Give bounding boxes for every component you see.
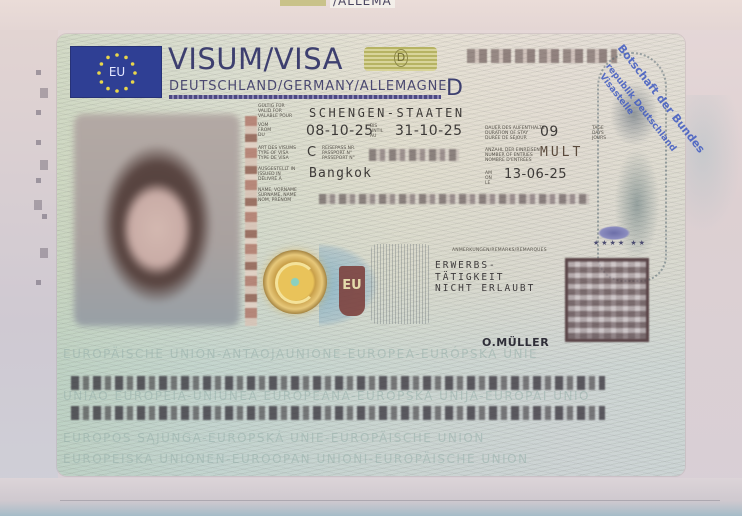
- country-emblem: D: [364, 47, 437, 71]
- visa-number-redacted: [467, 49, 617, 63]
- until-label: BIS UNTIL AU: [370, 124, 383, 139]
- security-hologram: EU: [259, 242, 409, 330]
- visa-sticker: EU VISUM/VISA D DEUTSCHLAND/GERMANY/ALLE…: [57, 34, 685, 476]
- 2d-barcode-redacted: [565, 258, 649, 342]
- duration-label: DAUER DES AUFENTHALTS DURATION OF STAY D…: [485, 126, 545, 141]
- passport-number-label: REISEPASS NR. PASSPORT N° PASSEPORT N°: [322, 146, 355, 161]
- remarks-text: ERWERBS- TÄTIGKEIT NICHT ERLAUBT: [435, 260, 535, 295]
- remarks-label: ANMERKUNGEN/REMARKS/REMARQUES: [452, 248, 547, 253]
- passport-page-margin: [0, 30, 58, 516]
- visa-title: VISUM/VISA: [168, 42, 343, 76]
- remarks-line-2: TÄTIGKEIT: [435, 272, 535, 284]
- eu-label: EU: [71, 65, 163, 79]
- from-label: VOM FROM DU: [258, 123, 271, 138]
- bear-emblem-icon: [598, 226, 630, 240]
- visa-type-value: C: [307, 145, 317, 160]
- issued-on-label: AM ON LE: [485, 171, 492, 186]
- valid-for-value: SCHENGEN-STAATEN: [309, 106, 465, 120]
- hologram-seal-icon: [263, 250, 327, 314]
- issued-in-value: Bangkok: [309, 166, 372, 181]
- emblem-letter: D: [394, 49, 408, 67]
- photo-edge-redaction: [245, 116, 257, 326]
- issuing-country: DEUTSCHLAND/GERMANY/ALLEMAGNE: [169, 79, 447, 94]
- country-code: D: [446, 76, 463, 101]
- mrz-line-1-redacted: [71, 376, 605, 390]
- mrz-line-2-redacted: [71, 406, 605, 420]
- passport-page-bottom: [0, 478, 742, 516]
- until-value: 31-10-25: [395, 123, 463, 139]
- visa-type-label: ART DES VISUMS TYPE OF VISA TYPE DE VISA: [258, 146, 296, 161]
- duration-value: 09: [540, 124, 559, 140]
- duration-unit-label: TAGE DAYS JOURS: [592, 126, 606, 141]
- name-label: NAME, VORNAME SURNAME, NAME NOM, PRÉNOM: [258, 188, 297, 203]
- valid-for-label: GÜLTIG FÜR VALID FOR VALABLE POUR: [258, 104, 292, 119]
- eu-flag: EU: [70, 46, 162, 98]
- remarks-line-1: ERWERBS-: [435, 260, 535, 272]
- passport-number-redacted: [369, 149, 459, 161]
- issued-in-label: AUSGESTELLT IN ISSUED IN DÉLIVRÉ À: [258, 167, 295, 182]
- stars-row: ★★★★ ★★: [593, 239, 647, 247]
- remarks-line-3: NICHT ERLAUBT: [435, 283, 535, 295]
- name-redacted: [319, 194, 589, 204]
- holder-photo: [74, 114, 240, 326]
- previous-page-emblem: [280, 0, 326, 6]
- embassy-stamp: Botschaft der Bundes republik Deutschlan…: [615, 10, 735, 130]
- from-value: 08-10-25: [306, 123, 374, 139]
- entries-label: ANZAHL DER EINREISEN NUMBER OF ENTRIES N…: [485, 148, 540, 163]
- hologram-eu-emblem: EU: [339, 266, 365, 316]
- microprint-band: [169, 95, 441, 99]
- previous-page-text: /ALLEMA: [330, 0, 395, 8]
- entries-value: MULT: [540, 145, 583, 160]
- issued-on-value: 13-06-25: [504, 167, 567, 182]
